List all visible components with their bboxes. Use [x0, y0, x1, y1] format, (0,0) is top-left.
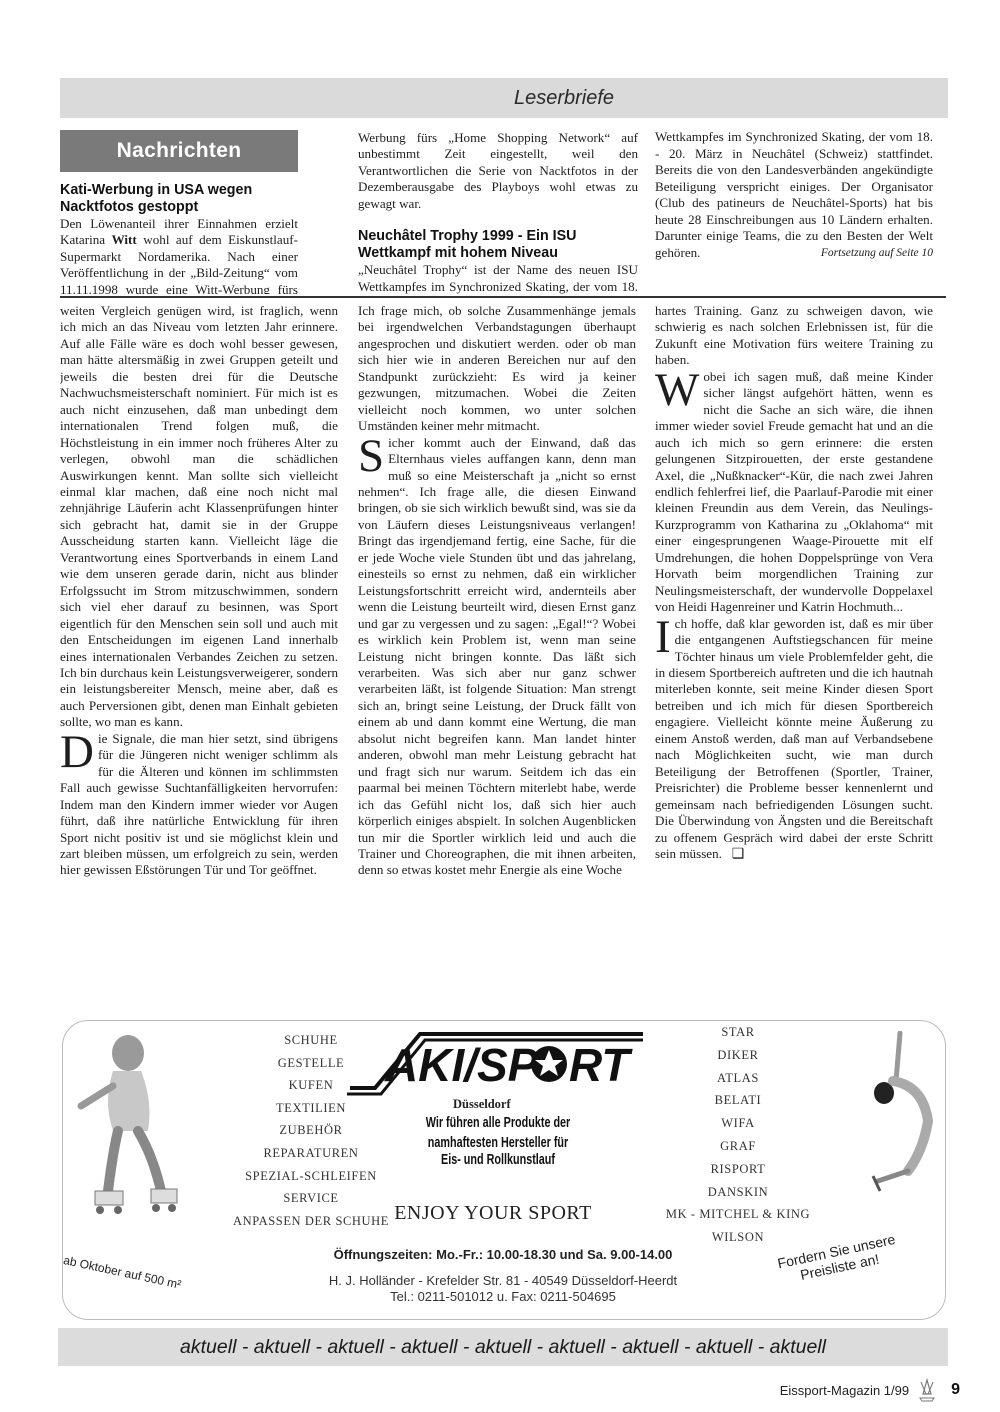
service-item: REPARATUREN [231, 1142, 391, 1165]
enjoy-your-sport: ENJOY YOUR SPORT [363, 1202, 623, 1225]
letter-paragraph: Wobei ich sagen muß, daß meine Kinder si… [655, 369, 933, 616]
brand-item: STAR [623, 1021, 853, 1044]
letter-paragraph: Sicher kommt auch der Einwand, daß das E… [358, 435, 636, 879]
aki-sport-logo: AKI/SP RT [345, 1026, 645, 1096]
letter-column-2: Ich frage mich, ob solche Zusammenhänge … [358, 303, 636, 1005]
letter-paragraph: Ich frage mich, ob solche Zusammenhänge … [358, 303, 636, 435]
article2-body-continued: „Neuchâtel Trophy“ ist der Name des neue… [655, 130, 933, 261]
drop-cap: W [655, 372, 699, 408]
brand-item: ATLAS [623, 1067, 853, 1090]
news-section-label: Nachrichten [60, 130, 298, 172]
brand-item: MK - MITCHEL & KING [623, 1203, 853, 1226]
ad-slogan-2: Eis- und Rollkunstlauf [390, 1151, 606, 1168]
service-item: ZUBEHÖR [231, 1119, 391, 1142]
service-item: TEXTILIEN [231, 1097, 391, 1120]
brand-item: DANSKIN [623, 1181, 853, 1204]
magazine-logo-icon [917, 1378, 937, 1402]
letter-paragraph: weiten Vergleich genügen wird, ist fragl… [60, 303, 338, 731]
news-column-2: Den Löwenanteil ihrer Einnahmen erzielt … [358, 130, 638, 294]
phone-line: Tel.: 0211-501012 u. Fax: 0211-504695 [233, 1289, 773, 1305]
news-column-1: Kati-Werbung in USA wegen Nacktfotos ges… [60, 182, 298, 294]
brand-item: WIFA [623, 1112, 853, 1135]
service-item: SPEZIAL-SCHLEIFEN [231, 1165, 391, 1188]
letter-paragraph: Ich hoffe, daß klar geworden ist, daß es… [655, 616, 933, 864]
letter-column-1: weiten Vergleich genügen wird, ist fragl… [60, 303, 338, 1005]
october-note: ab Oktober auf 500 m² [62, 1253, 182, 1292]
end-mark-icon: ❑ [732, 847, 745, 862]
article2-headline: Neuchâtel Trophy 1999 - Ein ISU Wettkamp… [358, 228, 638, 262]
brand-item: GRAF [623, 1135, 853, 1158]
section-header-band: Leserbriefe [60, 78, 948, 118]
drop-cap: S [358, 438, 384, 474]
article2-body: „Neuchâtel Trophy“ ist der Name des neue… [358, 262, 638, 294]
address-line: H. J. Holländer - Krefelder Str. 81 - 40… [233, 1273, 773, 1289]
letter-paragraph: Die Signale, die man hier setzt, sind üb… [60, 731, 338, 879]
shop-address: H. J. Holländer - Krefelder Str. 81 - 40… [233, 1273, 773, 1305]
roller-skater-image [73, 1031, 183, 1221]
brand-item: WILSON [623, 1226, 853, 1249]
letter-column-3: hartes Training. Ganz zu schweigen davon… [655, 303, 933, 1005]
drop-cap: D [60, 734, 94, 770]
ice-skater-image [868, 1031, 938, 1201]
brand-item: DIKER [623, 1044, 853, 1067]
brand-item: RISPORT [623, 1158, 853, 1181]
witt-bold: Witt [112, 232, 137, 247]
brand-item: BELATI [623, 1089, 853, 1112]
magazine-issue: Eissport-Magazin 1/99 [780, 1383, 909, 1398]
ad-slogan: Wir führen alle Produkte der namhafteste… [390, 1113, 606, 1153]
article1-body: Den Löwenanteil ihrer Einnahmen erzielt … [60, 216, 298, 294]
page-number: 9 [951, 1381, 960, 1399]
aki-sport-advertisement: SCHUHE GESTELLE KUFEN TEXTILIEN ZUBEHÖR … [62, 1020, 946, 1320]
brands-list: STAR DIKER ATLAS BELATI WIFA GRAF RISPOR… [623, 1021, 853, 1249]
svg-text:AKI/SP: AKI/SP [384, 1039, 539, 1091]
aktuell-banner: aktuell - aktuell - aktuell - aktuell - … [58, 1328, 948, 1366]
aktuell-text: aktuell - aktuell - aktuell - aktuell - … [180, 1336, 826, 1359]
news-column-3: „Neuchâtel Trophy“ ist der Name des neue… [655, 130, 933, 294]
opening-hours: Öffnungszeiten: Mo.-Fr.: 10.00-18.30 und… [233, 1247, 773, 1262]
article1-headline: Kati-Werbung in USA wegen Nacktfotos ges… [60, 182, 298, 216]
drop-cap: I [655, 619, 671, 655]
logo-city: Düsseldorf [453, 1097, 511, 1112]
continuation-note: Fortsetzung auf Seite 10 [821, 245, 933, 261]
section-title: Leserbriefe [514, 87, 614, 110]
section-divider [60, 296, 946, 298]
news-label-text: Nachrichten [117, 139, 242, 163]
page-footer: Eissport-Magazin 1/99 9 [730, 1378, 960, 1402]
letter-paragraph: hartes Training. Ganz zu schweigen davon… [655, 303, 933, 369]
article1-body-continued: Den Löwenanteil ihrer Einnahmen erzielt … [358, 130, 638, 212]
